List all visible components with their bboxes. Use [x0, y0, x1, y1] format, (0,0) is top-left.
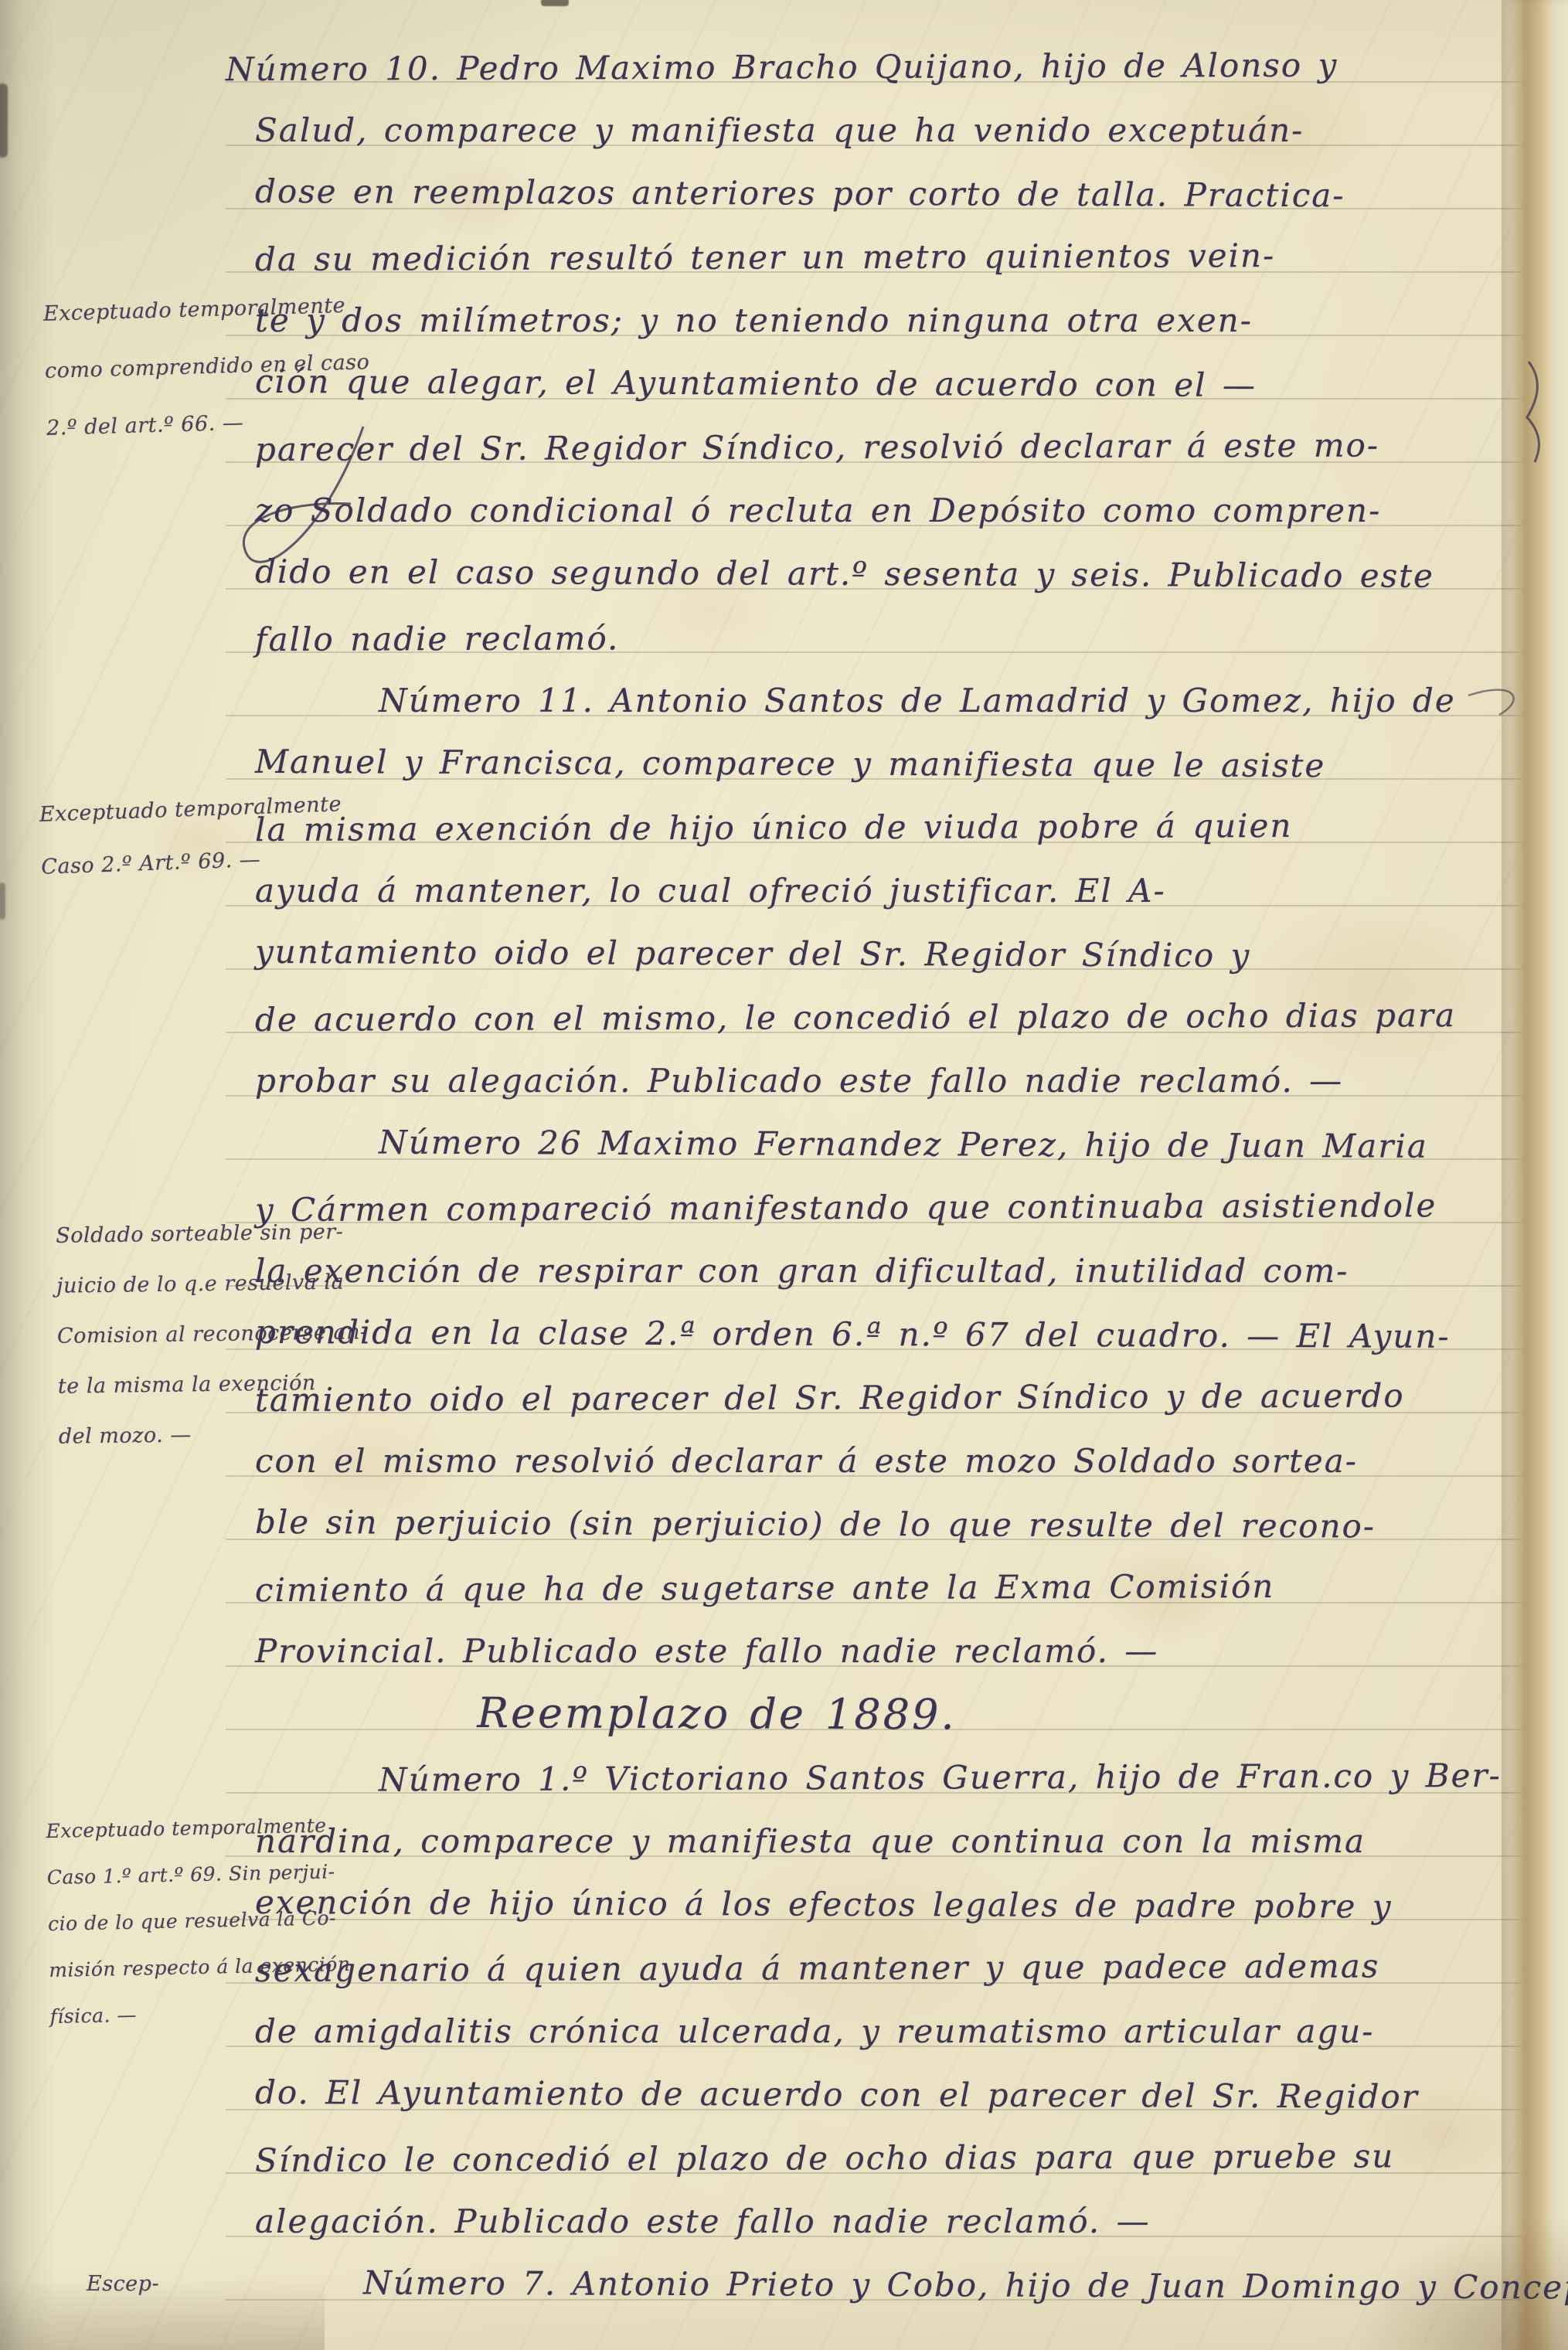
manuscript-line: ayuda á mantener, lo cual ofreció justif… [255, 859, 1503, 923]
manuscript-line: Provincial. Publicado este fallo nadie r… [255, 1620, 1503, 1683]
margin-note-escep: Escep- [87, 2261, 159, 2307]
manuscript-text: Número 10. Pedro Maximo Bracho Quijano, … [255, 36, 1503, 2317]
manuscript-line: dose en reemplazos anteriores por corto … [255, 160, 1503, 228]
manuscript-line: te y dos milímetros; y no teniendo ningu… [255, 289, 1503, 352]
manuscript-line: de acuerdo con el mismo, le concedió el … [255, 984, 1503, 1052]
manuscript-line: de amigdalitis crónica ulcerada, y reuma… [255, 2000, 1503, 2063]
manuscript-line: do. El Ayuntamiento de acuerdo con el pa… [255, 2061, 1503, 2129]
manuscript-line: alegación. Publicado este fallo nadie re… [255, 2190, 1503, 2253]
manuscript-line: Número 10. Pedro Maximo Bracho Quijano, … [226, 33, 1503, 101]
manuscript-line: yuntamiento oido el parecer del Sr. Regi… [255, 920, 1503, 988]
section-heading: Reemplazo de 1889. [255, 1681, 1503, 1749]
manuscript-line: Número 1.º Victoriano Santos Guerra, hij… [255, 1744, 1503, 1812]
manuscript-line: parecer del Sr. Regidor Síndico, resolvi… [255, 413, 1503, 481]
manuscript-line: Síndico le concedió el plazo de ocho dia… [255, 2124, 1503, 2192]
manuscript-line: sexagenario á quien ayuda á mantener y q… [255, 1934, 1503, 2002]
ink-smudge [0, 883, 5, 920]
manuscript-line: zo Soldado condicional ó recluta en Depó… [255, 479, 1503, 542]
margin-note-line: Escep- [87, 2261, 159, 2307]
manuscript-line: dido en el caso segundo del art.º sesent… [255, 540, 1503, 608]
manuscript-line: prendida en la clase 2.ª orden 6.ª n.º 6… [255, 1301, 1503, 1369]
ink-smudge [541, 0, 569, 6]
manuscript-line: nardina, comparece y manifiesta que cont… [255, 1810, 1503, 1873]
manuscript-line: fallo nadie reclamó. [255, 604, 1503, 672]
manuscript-line: ción que alegar, el Ayuntamiento de acue… [255, 350, 1503, 418]
manuscript-line: la misma exención de hijo único de viuda… [255, 794, 1503, 862]
manuscript-line: cimiento á que ha de sugetarse ante la E… [255, 1554, 1503, 1622]
manuscript-line: tamiento oido el parecer del Sr. Regidor… [255, 1364, 1503, 1432]
manuscript-line: la exención de respirar con gran dificul… [255, 1240, 1503, 1303]
manuscript-line: Salud, comparece y manifiesta que ha ven… [255, 99, 1503, 162]
manuscript-line: Manuel y Francisca, comparece y manifies… [255, 730, 1503, 798]
manuscript-page: Exceptuado temporalmente como comprendid… [0, 0, 1568, 2350]
manuscript-line: Número 7. Antonio Prieto y Cobo, hijo de… [255, 2251, 1503, 2319]
manuscript-line: y Cármen compareció manifestando que con… [255, 1174, 1503, 1242]
manuscript-line: probar su alegación. Publicado este fall… [255, 1049, 1503, 1113]
ink-smudge [0, 83, 8, 158]
manuscript-line: da su medición resultó tener un metro qu… [255, 223, 1503, 291]
manuscript-line: Número 11. Antonio Santos de Lamadrid y … [255, 669, 1503, 733]
manuscript-line: exención de hijo único á los efectos leg… [255, 1871, 1503, 1939]
page-edge [1502, 0, 1568, 2350]
manuscript-line: con el mismo resolvió declarar á este mo… [255, 1430, 1503, 1493]
manuscript-line: ble sin perjuicio (sin perjuicio) de lo … [255, 1491, 1503, 1559]
manuscript-line: Número 26 Maximo Fernandez Perez, hijo d… [255, 1110, 1503, 1178]
